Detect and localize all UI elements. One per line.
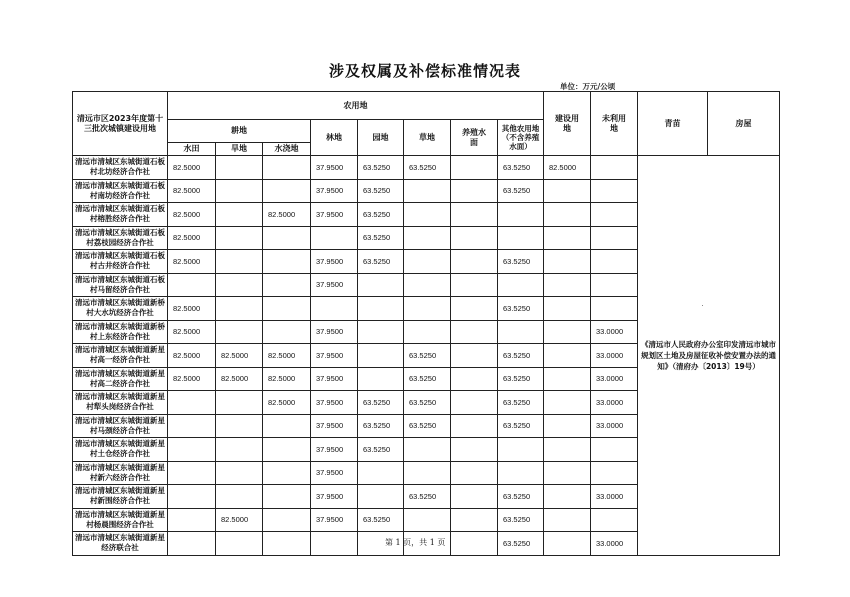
cell-paddy [168, 414, 216, 438]
cell-dry [216, 461, 263, 485]
cell-unused [591, 508, 638, 532]
header-land-batch: 清远市区2023年度第十三批次城镇建设用地 [73, 92, 168, 156]
cell-dry [216, 532, 263, 556]
cell-garden: 63.5250 [358, 508, 404, 532]
cell-paddy: 82.5000 [168, 297, 216, 321]
cell-grass [404, 508, 451, 532]
cell-garden: 63.5250 [358, 250, 404, 274]
cell-forest: 37.9500 [311, 461, 358, 485]
cell-aqua [451, 273, 498, 297]
cell-dry [216, 226, 263, 250]
row-cooperative-name: 清远市清城区东城街道新星村高一经济合作社 [73, 344, 168, 368]
header-grass: 草地 [404, 120, 451, 156]
row-cooperative-name: 清远市清城区东城街道新星村马颈经济合作社 [73, 414, 168, 438]
cell-aqua [451, 532, 498, 556]
cell-unused [591, 179, 638, 203]
cell-paddy [168, 391, 216, 415]
compensation-basis: 《清远市人民政府办公室印发清远市城市规划区土地及房屋征收补偿安置办法的通知》（清… [638, 156, 780, 556]
cell-grass [404, 179, 451, 203]
cell-grass: 63.5250 [404, 414, 451, 438]
cell-dry [216, 320, 263, 344]
cell-other [498, 438, 544, 462]
cell-other [498, 226, 544, 250]
cell-forest [311, 297, 358, 321]
cell-aqua [451, 320, 498, 344]
cell-irrigated: 82.5000 [263, 391, 311, 415]
cell-aqua [451, 367, 498, 391]
cell-forest: 37.9500 [311, 273, 358, 297]
cell-grass [404, 320, 451, 344]
row-cooperative-name: 清远市清城区东城街道新星村新围经济合作社 [73, 485, 168, 509]
cell-unused: 33.0000 [591, 414, 638, 438]
cell-other: 63.5250 [498, 391, 544, 415]
cell-forest: 37.9500 [311, 344, 358, 368]
cell-dry [216, 438, 263, 462]
cell-dry [216, 156, 263, 180]
cell-unused: 33.0000 [591, 485, 638, 509]
cell-forest: 37.9500 [311, 156, 358, 180]
cell-irrigated [263, 179, 311, 203]
cell-forest: 37.9500 [311, 485, 358, 509]
cell-paddy [168, 532, 216, 556]
cell-other: 63.5250 [498, 532, 544, 556]
cell-other: 63.5250 [498, 414, 544, 438]
cell-unused [591, 438, 638, 462]
cell-irrigated [263, 297, 311, 321]
cell-grass: 63.5250 [404, 367, 451, 391]
cell-other [498, 273, 544, 297]
header-other-agri: 其他农用地（不含养殖水面） [498, 120, 544, 156]
cell-other: 63.5250 [498, 156, 544, 180]
cell-unused [591, 297, 638, 321]
cell-grass [404, 203, 451, 227]
cell-dry [216, 250, 263, 274]
cell-aqua [451, 508, 498, 532]
scan-speck [702, 305, 703, 306]
cell-other: 63.5250 [498, 367, 544, 391]
cell-unused: 33.0000 [591, 344, 638, 368]
compensation-table: 清远市区2023年度第十三批次城镇建设用地 农用地 建设用地 未利用地 青苗 房… [72, 91, 780, 556]
cell-aqua [451, 485, 498, 509]
cell-other: 63.5250 [498, 508, 544, 532]
cell-construction [544, 179, 591, 203]
cell-construction [544, 203, 591, 227]
row-cooperative-name: 清远市清城区东城街道石板村古井经济合作社 [73, 250, 168, 274]
cell-irrigated [263, 461, 311, 485]
row-cooperative-name: 清远市清城区东城街道新星村高二经济合作社 [73, 367, 168, 391]
cell-paddy [168, 438, 216, 462]
page-footer: 第 1 页，共 1 页 [385, 537, 445, 548]
cell-construction [544, 532, 591, 556]
cell-paddy: 82.5000 [168, 179, 216, 203]
row-cooperative-name: 清远市清城区东城街道新星村土仓经济合作社 [73, 438, 168, 462]
cell-paddy: 82.5000 [168, 250, 216, 274]
cell-irrigated [263, 532, 311, 556]
cell-irrigated: 82.5000 [263, 344, 311, 368]
cell-paddy [168, 461, 216, 485]
cell-other [498, 461, 544, 485]
cell-construction [544, 391, 591, 415]
cell-garden: 63.5250 [358, 438, 404, 462]
cell-paddy: 82.5000 [168, 344, 216, 368]
cell-other: 63.5250 [498, 485, 544, 509]
cell-other: 63.5250 [498, 344, 544, 368]
cell-grass [404, 226, 451, 250]
cell-forest [311, 532, 358, 556]
document-title: 涉及权属及补偿标准情况表 [0, 60, 850, 81]
cell-dry [216, 179, 263, 203]
cell-aqua [451, 226, 498, 250]
cell-forest: 37.9500 [311, 508, 358, 532]
cell-other [498, 203, 544, 227]
header-agri-land: 农用地 [168, 92, 544, 120]
cell-paddy [168, 485, 216, 509]
row-cooperative-name: 清远市清城区东城街道新星村犁头岗经济合作社 [73, 391, 168, 415]
cell-irrigated [263, 320, 311, 344]
header-unused: 未利用地 [591, 92, 638, 156]
cell-grass [404, 273, 451, 297]
cell-paddy [168, 508, 216, 532]
cell-aqua [451, 414, 498, 438]
cell-other: 63.5250 [498, 179, 544, 203]
cell-construction [544, 297, 591, 321]
cell-unused [591, 156, 638, 180]
cell-forest [311, 226, 358, 250]
cell-garden: 63.5250 [358, 226, 404, 250]
row-cooperative-name: 清远市清城区东城街道新星经济联合社 [73, 532, 168, 556]
row-cooperative-name: 清远市清城区东城街道石板村北坊经济合作社 [73, 156, 168, 180]
cell-grass [404, 438, 451, 462]
header-irrigated: 水浇地 [263, 143, 311, 156]
row-cooperative-name: 清远市清城区东城街道新星村杨晨围经济合作社 [73, 508, 168, 532]
cell-irrigated [263, 250, 311, 274]
cell-grass: 63.5250 [404, 391, 451, 415]
cell-garden [358, 344, 404, 368]
cell-unused [591, 226, 638, 250]
cell-aqua [451, 156, 498, 180]
cell-irrigated [263, 508, 311, 532]
cell-dry [216, 485, 263, 509]
cell-irrigated [263, 414, 311, 438]
cell-aqua [451, 461, 498, 485]
cell-aqua [451, 250, 498, 274]
cell-unused [591, 461, 638, 485]
cell-irrigated [263, 273, 311, 297]
cell-garden [358, 297, 404, 321]
row-cooperative-name: 清远市清城区东城街道石板村南坊经济合作社 [73, 179, 168, 203]
cell-irrigated [263, 226, 311, 250]
cell-other: 63.5250 [498, 297, 544, 321]
cell-aqua [451, 203, 498, 227]
header-cultivated: 耕地 [168, 120, 311, 143]
cell-unused [591, 250, 638, 274]
cell-construction [544, 273, 591, 297]
cell-forest: 37.9500 [311, 179, 358, 203]
cell-construction [544, 226, 591, 250]
cell-garden [358, 320, 404, 344]
cell-irrigated: 82.5000 [263, 203, 311, 227]
cell-grass [404, 461, 451, 485]
cell-dry [216, 391, 263, 415]
cell-forest: 37.9500 [311, 320, 358, 344]
cell-construction [544, 414, 591, 438]
cell-forest: 37.9500 [311, 203, 358, 227]
cell-forest: 37.9500 [311, 438, 358, 462]
cell-paddy: 82.5000 [168, 367, 216, 391]
row-cooperative-name: 清远市清城区东城街道石板村马留经济合作社 [73, 273, 168, 297]
cell-paddy: 82.5000 [168, 320, 216, 344]
cell-construction [544, 250, 591, 274]
header-aquaculture: 养殖水面 [451, 120, 498, 156]
cell-forest: 37.9500 [311, 391, 358, 415]
cell-dry [216, 273, 263, 297]
row-cooperative-name: 清远市清城区东城街道石板村荔枝园经济合作社 [73, 226, 168, 250]
row-cooperative-name: 清远市清城区东城街道新星村新六经济合作社 [73, 461, 168, 485]
cell-dry [216, 414, 263, 438]
cell-forest: 37.9500 [311, 367, 358, 391]
cell-unused: 33.0000 [591, 532, 638, 556]
header-houses: 房屋 [708, 92, 780, 156]
cell-construction: 82.5000 [544, 156, 591, 180]
cell-dry [216, 203, 263, 227]
cell-forest: 37.9500 [311, 250, 358, 274]
cell-unused [591, 203, 638, 227]
cell-garden [358, 367, 404, 391]
cell-forest: 37.9500 [311, 414, 358, 438]
cell-garden: 63.5250 [358, 179, 404, 203]
cell-other [498, 320, 544, 344]
row-cooperative-name: 清远市清城区东城街道新桥村上东经济合作社 [73, 320, 168, 344]
header-construction: 建设用地 [544, 92, 591, 156]
cell-dry: 82.5000 [216, 367, 263, 391]
cell-grass: 63.5250 [404, 344, 451, 368]
cell-garden: 63.5250 [358, 203, 404, 227]
cell-grass: 63.5250 [404, 156, 451, 180]
row-cooperative-name: 清远市清城区东城街道石板村榕胜经济合作社 [73, 203, 168, 227]
cell-garden [358, 485, 404, 509]
cell-irrigated [263, 485, 311, 509]
cell-garden [358, 273, 404, 297]
header-crops: 青苗 [638, 92, 708, 156]
cell-unused: 33.0000 [591, 320, 638, 344]
cell-irrigated [263, 156, 311, 180]
cell-garden: 63.5250 [358, 414, 404, 438]
header-garden: 园地 [358, 120, 404, 156]
cell-other: 63.5250 [498, 250, 544, 274]
table-row: 清远市清城区东城街道石板村北坊经济合作社82.500037.950063.525… [73, 156, 780, 180]
header-paddy: 水田 [168, 143, 216, 156]
cell-irrigated [263, 438, 311, 462]
cell-construction [544, 438, 591, 462]
cell-dry: 82.5000 [216, 344, 263, 368]
cell-construction [544, 344, 591, 368]
cell-construction [544, 367, 591, 391]
cell-garden: 63.5250 [358, 156, 404, 180]
cell-grass: 63.5250 [404, 485, 451, 509]
cell-aqua [451, 344, 498, 368]
cell-construction [544, 461, 591, 485]
cell-paddy: 82.5000 [168, 226, 216, 250]
cell-paddy [168, 273, 216, 297]
cell-unused [591, 273, 638, 297]
cell-construction [544, 508, 591, 532]
cell-grass [404, 250, 451, 274]
cell-dry [216, 297, 263, 321]
cell-unused: 33.0000 [591, 367, 638, 391]
cell-aqua [451, 391, 498, 415]
cell-garden: 63.5250 [358, 391, 404, 415]
cell-garden [358, 461, 404, 485]
cell-irrigated: 82.5000 [263, 367, 311, 391]
cell-aqua [451, 438, 498, 462]
cell-construction [544, 320, 591, 344]
cell-unused: 33.0000 [591, 391, 638, 415]
cell-grass [404, 297, 451, 321]
cell-aqua [451, 297, 498, 321]
header-forest: 林地 [311, 120, 358, 156]
cell-paddy: 82.5000 [168, 203, 216, 227]
cell-dry: 82.5000 [216, 508, 263, 532]
header-dry-land: 旱地 [216, 143, 263, 156]
row-cooperative-name: 清远市清城区东城街道新桥村大水坑经济合作社 [73, 297, 168, 321]
cell-paddy: 82.5000 [168, 156, 216, 180]
cell-aqua [451, 179, 498, 203]
cell-construction [544, 485, 591, 509]
